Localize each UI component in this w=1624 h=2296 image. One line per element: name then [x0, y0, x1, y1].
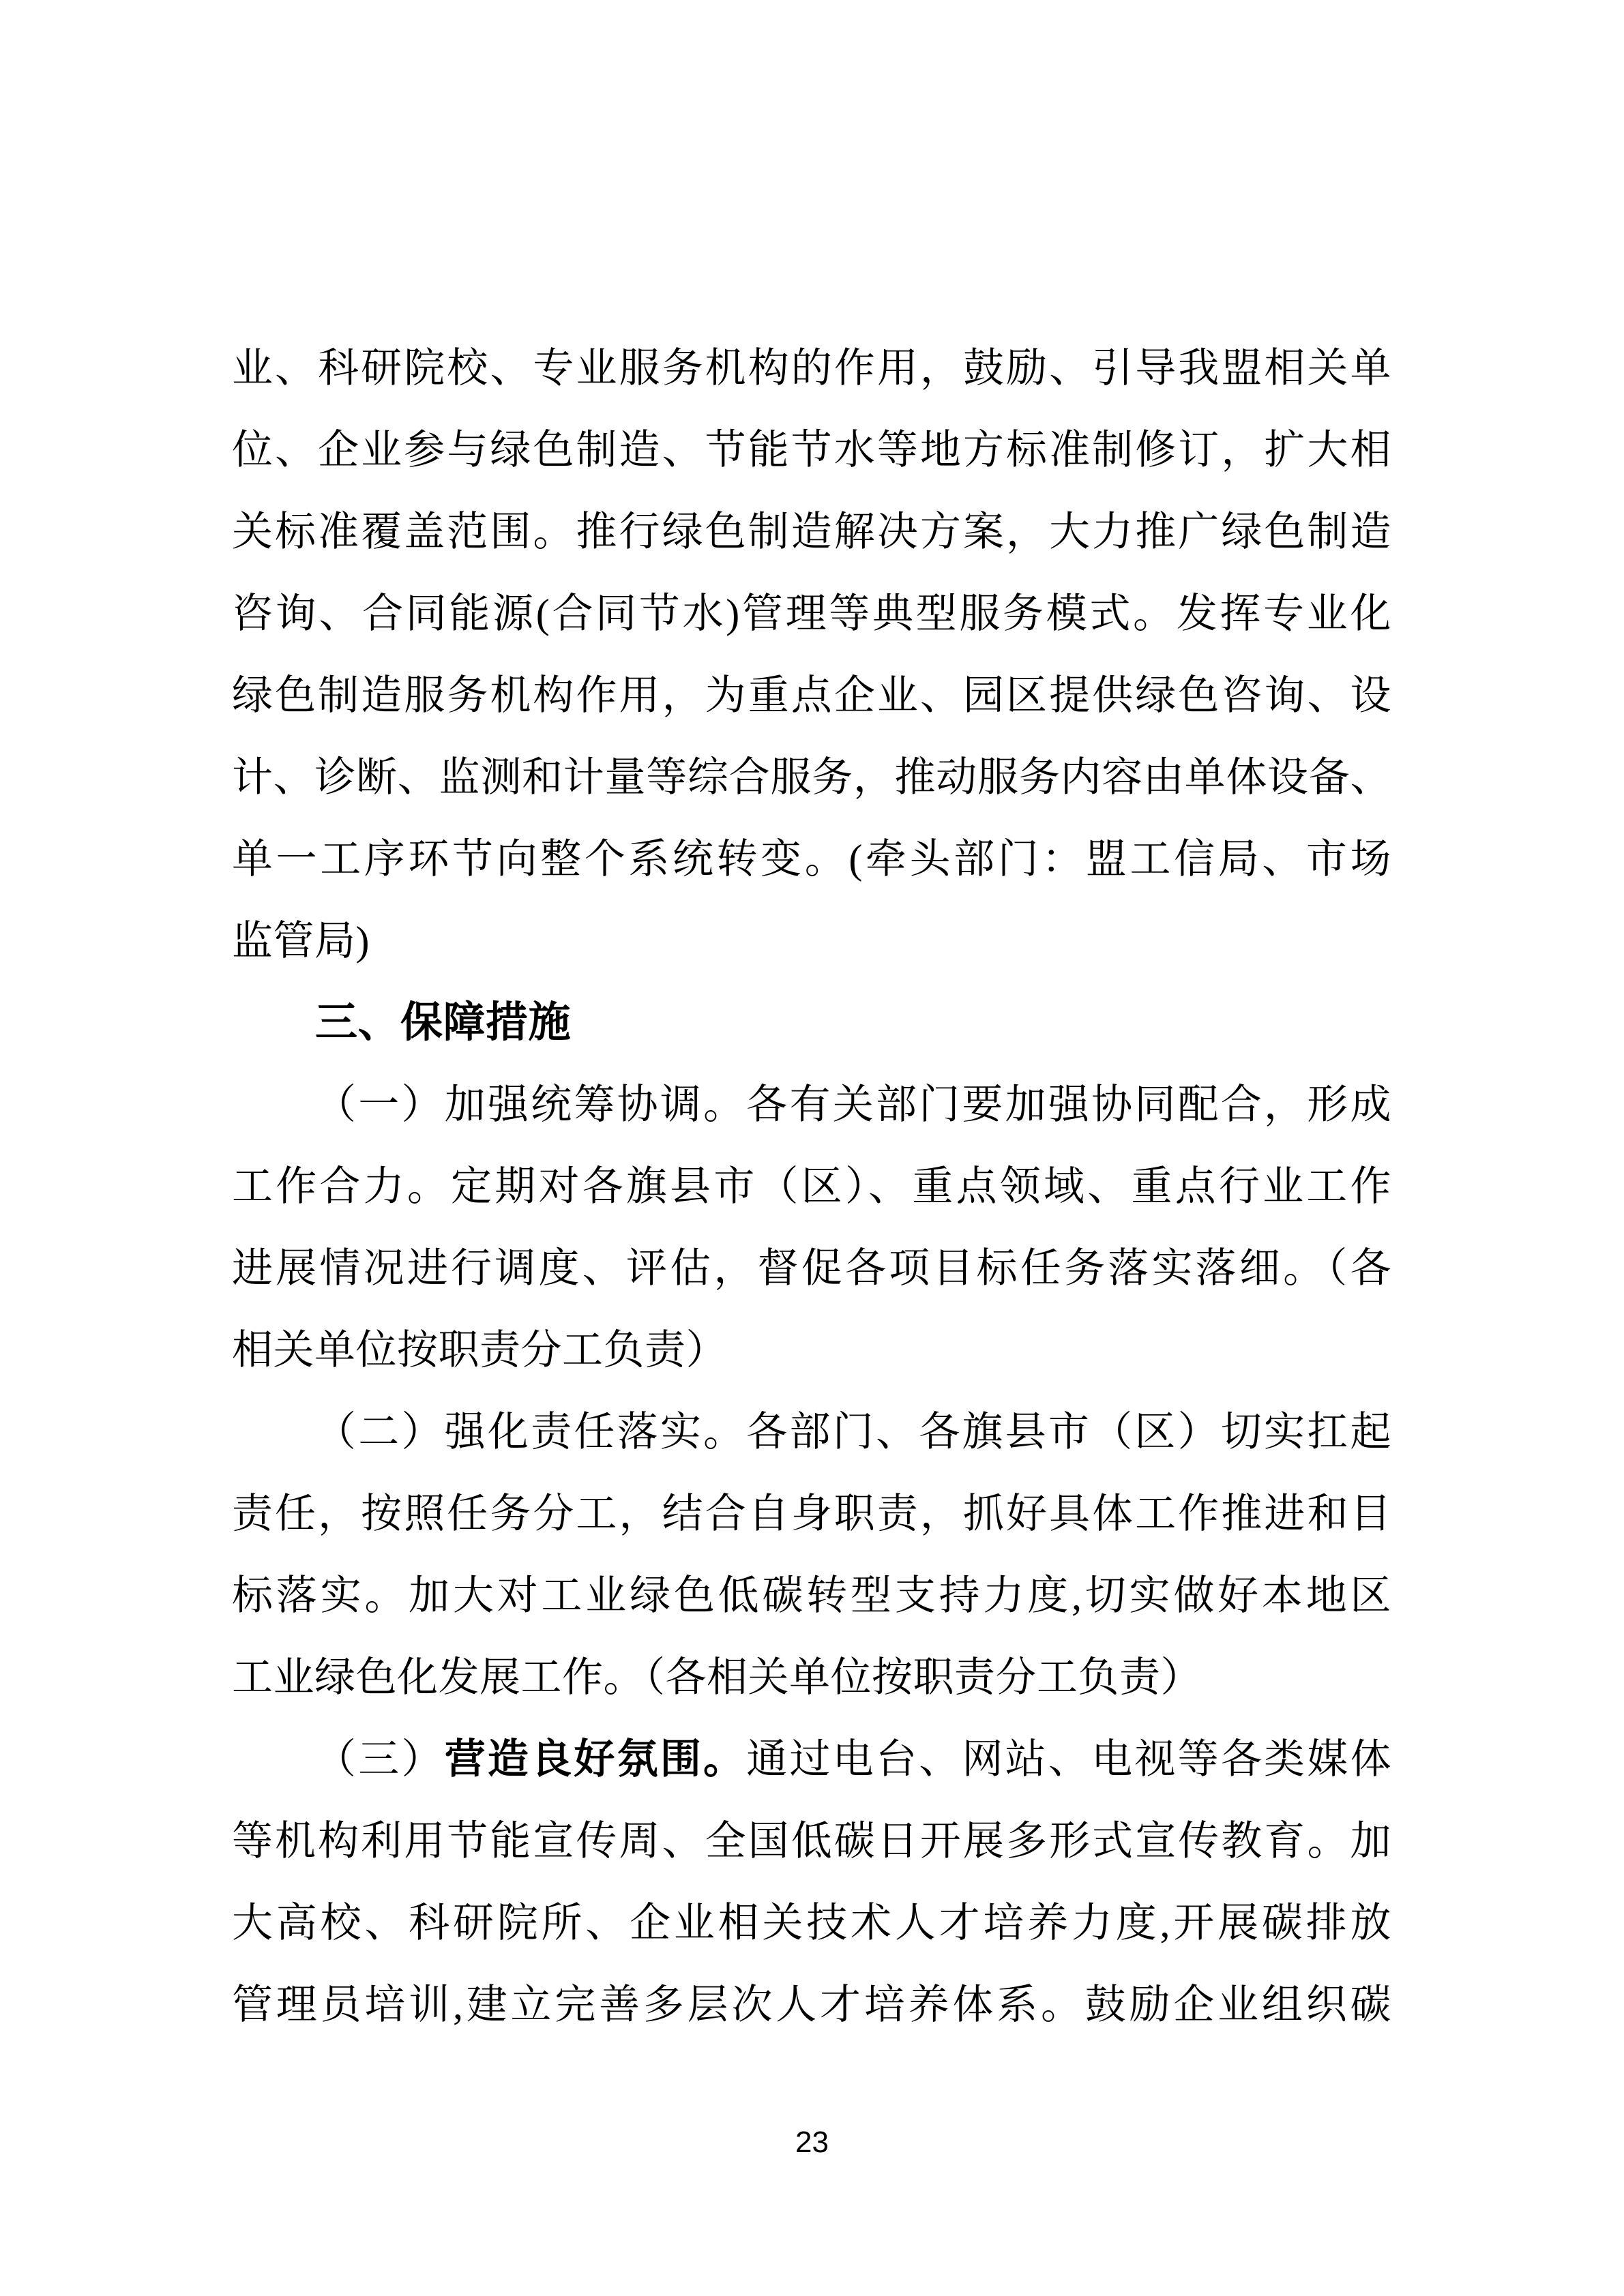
text-segment: 绿色制造服务机构作用，为重点企业、园区提供绿色咨询、设	[232, 673, 1391, 718]
text-line: 责任，按照任务分工，结合自身职责，抓好具体工作推进和目	[232, 1473, 1391, 1555]
text-segment: 工业绿色化发展工作。（各相关单位按职责分工负责）	[232, 1655, 1202, 1700]
text-segment: 等机构利用节能宣传周、全国低碳日开展多形式宣传教育。加	[232, 1819, 1391, 1864]
text-line: 相关单位按职责分工负责）	[232, 1309, 1391, 1391]
text-line: 管理员培训,建立完善多层次人才培养体系。鼓励企业组织碳	[232, 1964, 1391, 2046]
text-segment: 进展情况进行调度、评估，督促各项目标任务落实落细。（各	[232, 1246, 1391, 1291]
text-line: 计、诊断、监测和计量等综合服务，推动服务内容由单体设备、	[232, 736, 1391, 818]
text-line: 咨询、合同能源(合同节水)管理等典型服务模式。发挥专业化	[232, 573, 1391, 655]
text-segment: 大高校、科研院所、企业相关技术人才培养力度,开展碳排放	[232, 1900, 1391, 1945]
text-line: 工作合力。定期对各旗县市（区）、重点领域、重点行业工作	[232, 1146, 1391, 1227]
text-segment: 计、诊断、监测和计量等综合服务，推动服务内容由单体设备、	[232, 755, 1391, 800]
text-segment: 标落实。加大对工业绿色低碳转型支持力度,切实做好本地区	[232, 1573, 1391, 1618]
text-line: （三）营造良好氛围。通过电台、网站、电视等各类媒体	[232, 1718, 1391, 1800]
text-line: （一）加强统筹协调。各有关部门要加强协同配合，形成	[232, 1064, 1391, 1146]
text-segment: 相关单位按职责分工负责）	[232, 1328, 727, 1373]
text-segment: 咨询、合同能源(合同节水)管理等典型服务模式。发挥专业化	[232, 591, 1391, 636]
text-segment: 工作合力。定期对各旗县市（区）、重点领域、重点行业工作	[232, 1164, 1391, 1209]
text-segment: 监管局)	[232, 919, 370, 964]
text-segment: 单一工序环节向整个系统转变。(牵头部门：盟工信局、市场	[232, 837, 1391, 882]
text-segment: 关标准覆盖范围。推行绿色制造解决方案，大力推广绿色制造	[232, 509, 1391, 554]
text-line: （二）强化责任落实。各部门、各旗县市（区）切实扛起	[232, 1391, 1391, 1473]
text-line: 工业绿色化发展工作。（各相关单位按职责分工负责）	[232, 1637, 1391, 1718]
text-line: 等机构利用节能宣传周、全国低碳日开展多形式宣传教育。加	[232, 1800, 1391, 1882]
text-line: 进展情况进行调度、评估，督促各项目标任务落实落细。（各	[232, 1227, 1391, 1309]
text-segment: 管理员培训,建立完善多层次人才培养体系。鼓励企业组织碳	[232, 1982, 1391, 2027]
text-segment: （三）	[315, 1737, 445, 1782]
text-segment: 通过电台、网站、电视等各类媒体	[746, 1737, 1391, 1782]
document-body: 业、科研院校、专业服务机构的作用，鼓励、引导我盟相关单位、企业参与绿色制造、节能…	[232, 327, 1391, 2046]
text-line: 业、科研院校、专业服务机构的作用，鼓励、引导我盟相关单	[232, 327, 1391, 409]
text-segment: 位、企业参与绿色制造、节能节水等地方标准制修订，扩大相	[232, 428, 1391, 473]
text-line: 绿色制造服务机构作用，为重点企业、园区提供绿色咨询、设	[232, 655, 1391, 736]
text-segment: 业、科研院校、专业服务机构的作用，鼓励、引导我盟相关单	[232, 346, 1391, 391]
text-line: 关标准覆盖范围。推行绿色制造解决方案，大力推广绿色制造	[232, 491, 1391, 573]
text-segment: 责任，按照任务分工，结合自身职责，抓好具体工作推进和目	[232, 1491, 1391, 1536]
bold-lead-text: 三、保障措施	[315, 999, 571, 1046]
text-line: 大高校、科研院所、企业相关技术人才培养力度,开展碳排放	[232, 1882, 1391, 1964]
text-segment: （一）加强统筹协调。各有关部门要加强协同配合，形成	[315, 1082, 1391, 1127]
text-line: 单一工序环节向整个系统转变。(牵头部门：盟工信局、市场	[232, 818, 1391, 900]
text-line: 位、企业参与绿色制造、节能节水等地方标准制修订，扩大相	[232, 409, 1391, 491]
section-heading: 三、保障措施	[232, 982, 1391, 1064]
page-number: 23	[0, 2122, 1624, 2163]
bold-lead-text: 营造良好氛围。	[445, 1737, 747, 1782]
text-line: 标落实。加大对工业绿色低碳转型支持力度,切实做好本地区	[232, 1555, 1391, 1637]
text-line: 监管局)	[232, 900, 1391, 982]
text-segment: （二）强化责任落实。各部门、各旗县市（区）切实扛起	[315, 1410, 1391, 1455]
document-page: 业、科研院校、专业服务机构的作用，鼓励、引导我盟相关单位、企业参与绿色制造、节能…	[0, 0, 1624, 2296]
